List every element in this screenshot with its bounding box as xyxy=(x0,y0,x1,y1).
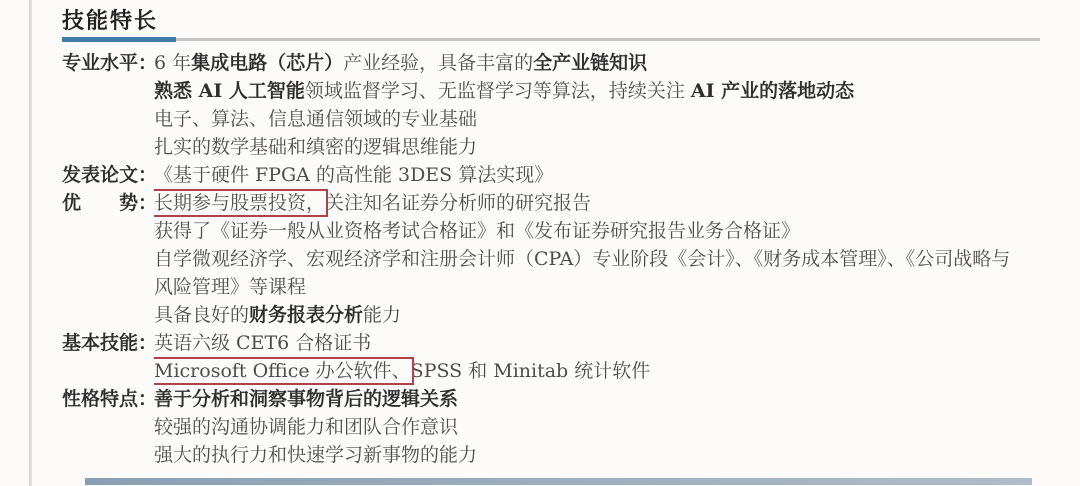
row-label: 专业水平： xyxy=(62,49,154,77)
text-segment: 自学微观经济学、宏观经济学和注册会计师（CPA）专业阶段《会计》、《财务成本管理… xyxy=(154,248,1010,270)
row-label xyxy=(62,133,154,161)
text-segment: 集成电路（芯片） xyxy=(191,52,343,74)
row-content: 具备良好的财务报表分析能力 xyxy=(154,301,1040,329)
row-label: 性格特点： xyxy=(62,385,154,413)
row-content: 强大的执行力和快速学习新事物的能力 xyxy=(154,441,1040,469)
row-content: 较强的沟通协调能力和团队合作意识 xyxy=(154,413,1040,441)
text-segment: 具备良好的 xyxy=(154,304,249,326)
row-content: 风险管理》等课程 xyxy=(154,273,1040,301)
resume-row: 电子、算法、信息通信领域的专业基础 xyxy=(62,105,1040,133)
resume-row: 较强的沟通协调能力和团队合作意识 xyxy=(62,413,1040,441)
row-label xyxy=(62,245,154,273)
resume-row: 具备良好的财务报表分析能力 xyxy=(62,301,1040,329)
annotation-box: Microsoft Office 办公软件、 xyxy=(154,360,411,382)
text-segment: 英语六级 CET6 合格证书 xyxy=(154,332,371,354)
text-segment: 6 年 xyxy=(154,52,191,74)
text-segment: 领域监督学习、无监督学习等算法，持续关注 xyxy=(305,80,691,102)
text-segment: 熟悉 AI 人工智能 xyxy=(154,80,305,102)
resume-row: 优 势：长期参与股票投资，关注知名证券分析师的研究报告 xyxy=(62,189,1040,217)
text-segment: 能力 xyxy=(363,304,401,326)
row-label xyxy=(62,357,154,385)
resume-row: 获得了《证券一般从业资格考试合格证》和《发布证券研究报告业务合格证》 xyxy=(62,217,1040,245)
text-segment: AI 产业的落地动态 xyxy=(691,80,854,102)
row-content: 《基于硬件 FPGA 的高性能 3DES 算法实现》 xyxy=(154,161,1040,189)
row-content: 自学微观经济学、宏观经济学和注册会计师（CPA）专业阶段《会计》、《财务成本管理… xyxy=(154,245,1040,273)
text-segment: SPSS 和 Minitab 统计软件 xyxy=(411,360,651,382)
text-segment: 关注知名证券分析师的研究报告 xyxy=(325,192,591,214)
page-edge-shadow xyxy=(29,0,32,486)
section-title-rule xyxy=(62,37,1040,42)
text-segment: 强大的执行力和快速学习新事物的能力 xyxy=(154,444,477,466)
text-segment: 财务报表分析 xyxy=(249,304,363,326)
rule-gray-segment xyxy=(176,38,1040,41)
row-content: 熟悉 AI 人工智能领域监督学习、无监督学习等算法，持续关注 AI 产业的落地动… xyxy=(154,77,1040,105)
text-segment: 风险管理》等课程 xyxy=(154,276,306,298)
resume-row: Microsoft Office 办公软件、SPSS 和 Minitab 统计软… xyxy=(62,357,1040,385)
text-segment: 电子、算法、信息通信领域的专业基础 xyxy=(154,108,477,130)
row-label xyxy=(62,217,154,245)
row-label xyxy=(62,273,154,301)
resume-row: 专业水平：6 年集成电路（芯片）产业经验，具备丰富的全产业链知识 xyxy=(62,49,1040,77)
row-label xyxy=(62,301,154,329)
row-content: Microsoft Office 办公软件、SPSS 和 Minitab 统计软… xyxy=(154,357,1040,385)
resume-row: 性格特点：善于分析和洞察事物背后的逻辑关系 xyxy=(62,385,1040,413)
row-content: 扎实的数学基础和缜密的逻辑思维能力 xyxy=(154,133,1040,161)
row-label xyxy=(62,105,154,133)
resume-row: 熟悉 AI 人工智能领域监督学习、无监督学习等算法，持续关注 AI 产业的落地动… xyxy=(62,77,1040,105)
text-segment: 善于分析和洞察事物背后的逻辑关系 xyxy=(154,388,458,410)
text-segment: 全产业链知识 xyxy=(533,52,647,74)
rule-accent-segment xyxy=(62,37,176,42)
text-segment: 扎实的数学基础和缜密的逻辑思维能力 xyxy=(154,136,477,158)
row-content: 英语六级 CET6 合格证书 xyxy=(154,329,1040,357)
text-segment: 《基于硬件 FPGA 的高性能 3DES 算法实现》 xyxy=(154,164,553,186)
resume-row: 强大的执行力和快速学习新事物的能力 xyxy=(62,441,1040,469)
row-content: 6 年集成电路（芯片）产业经验，具备丰富的全产业链知识 xyxy=(154,49,1040,77)
row-label xyxy=(62,77,154,105)
row-content: 获得了《证券一般从业资格考试合格证》和《发布证券研究报告业务合格证》 xyxy=(154,217,1040,245)
row-label: 基本技能： xyxy=(62,329,154,357)
resume-row: 扎实的数学基础和缜密的逻辑思维能力 xyxy=(62,133,1040,161)
row-content: 善于分析和洞察事物背后的逻辑关系 xyxy=(154,385,1040,413)
resume-skills-section: 技能特长 专业水平：6 年集成电路（芯片）产业经验，具备丰富的全产业链知识熟悉 … xyxy=(0,0,1080,486)
text-segment: 获得了《证券一般从业资格考试合格证》和《发布证券研究报告业务合格证》 xyxy=(154,220,800,242)
resume-row: 发表论文：《基于硬件 FPGA 的高性能 3DES 算法实现》 xyxy=(62,161,1040,189)
text-segment: 较强的沟通协调能力和团队合作意识 xyxy=(154,416,458,438)
row-content: 长期参与股票投资，关注知名证券分析师的研究报告 xyxy=(154,189,1040,217)
section-title: 技能特长 xyxy=(62,8,1040,34)
row-label xyxy=(62,413,154,441)
row-content: 电子、算法、信息通信领域的专业基础 xyxy=(154,105,1040,133)
bottom-scroll-bar xyxy=(85,478,1032,485)
row-label: 发表论文： xyxy=(62,161,154,189)
row-label xyxy=(62,441,154,469)
resume-row: 自学微观经济学、宏观经济学和注册会计师（CPA）专业阶段《会计》、《财务成本管理… xyxy=(62,245,1040,273)
text-segment: 产业经验，具备丰富的 xyxy=(343,52,533,74)
row-label: 优 势： xyxy=(62,189,154,217)
resume-row: 基本技能：英语六级 CET6 合格证书 xyxy=(62,329,1040,357)
annotation-box: 长期参与股票投资， xyxy=(154,192,325,214)
content-rows: 专业水平：6 年集成电路（芯片）产业经验，具备丰富的全产业链知识熟悉 AI 人工… xyxy=(62,49,1040,469)
resume-row: 风险管理》等课程 xyxy=(62,273,1040,301)
